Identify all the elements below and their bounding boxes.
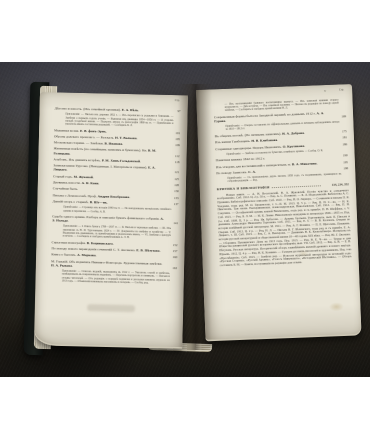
entry-tail: . <box>304 143 305 147</box>
entry-page-number: 112 <box>168 154 180 158</box>
entry-tail: . <box>107 200 108 204</box>
entry-title: Образы далекаго прошлаго. — Разсказъ. <box>54 134 115 139</box>
entry-tail: . <box>113 241 114 245</box>
entry-title: Серьезная монографія. <box>52 240 87 245</box>
entry-author: В. Шт—нъ <box>90 200 107 204</box>
entry-tail: . <box>106 129 107 133</box>
entry-page-number: 195 <box>336 160 348 165</box>
entry-title: Дневникъ юности. <box>53 180 82 185</box>
entry-title: Московская старина. — Замѣтки. <box>54 140 105 145</box>
dot-leader <box>272 184 321 189</box>
entry-page-number: 109 <box>168 143 180 147</box>
right-page-column-header: Стр. <box>339 88 344 91</box>
right-page: V Стр. — Изъ воспоминаній бывшаго воспит… <box>196 84 361 340</box>
entry-text: Записки князя Урусова. (Неизданныя. I. М… <box>53 164 167 175</box>
entry-page-number: 169 <box>334 114 346 119</box>
entry-tail: . <box>68 219 69 223</box>
entry-page-number: 125 <box>167 177 179 181</box>
bibliography-paragraph: Новыя книги. — А. Н. Веселовскій. В. А. … <box>217 189 352 268</box>
entry-page-number: 105 <box>168 137 180 141</box>
entry-title: Дѣтство и юность. (Изъ семейной хроники)… <box>55 106 122 112</box>
entry-author: П. А. Рыкова <box>51 263 72 267</box>
toc-annotation: Приложенія: — I. Опись бумагъ 1789—1837 … <box>63 225 171 240</box>
entry-tail: . <box>138 108 139 112</box>
entry-title: Современныя формы быта на Западной окраи… <box>214 111 317 119</box>
entry-title: Давній споръ о старинѣ. <box>52 199 89 204</box>
entry-page-number: 101 <box>168 130 180 134</box>
entry-tail: . <box>317 161 318 165</box>
entry-tail: . <box>98 181 99 185</box>
left-page-column-header: Стр. <box>175 99 180 102</box>
entry-page-number: 198 <box>336 166 348 171</box>
entry-title: Старый годъ. <box>53 174 74 178</box>
entry-tail: . <box>304 131 305 135</box>
entry-author: Р. М. Хинъ-Гольдовской <box>102 158 140 163</box>
entry-title: По поводу новаго переизданія сочиненій С… <box>51 246 136 252</box>
entry-author: Н. А. Доброва <box>282 131 304 136</box>
entry-title: Случайная быль. <box>53 187 78 192</box>
faint-embossed-stamp <box>87 304 135 312</box>
entry-author: М. Жуковой <box>74 175 93 179</box>
entry-tail: . <box>140 159 141 163</box>
entry-author: Андрея Безобразова <box>98 194 130 199</box>
entry-page-number: 130 <box>167 189 179 193</box>
entry-title: Альбомъ. Изъ давнихъ встрѣчъ. <box>53 157 101 162</box>
entry-author: В. А. Мякотина <box>292 161 317 166</box>
toc-annotation: Примѣчаніе: — Страница изъ исторіи 1840-… <box>63 206 171 215</box>
entry-page-number: 141 <box>166 221 178 225</box>
entry-page-number: 133 <box>167 196 179 200</box>
toc-annotation: Приложенія: — Списокъ изданій, вышедшихъ… <box>62 270 170 285</box>
entry-author: Н. Т. Волкова <box>115 136 137 140</box>
entry-page-number: 181 <box>335 135 347 140</box>
entry-tail: . <box>277 138 278 142</box>
entry-tail: . <box>129 195 130 199</box>
toc-entry: Записки князя Урусова. (Неизданныя. I. М… <box>53 164 179 175</box>
entry-page-number: 97 <box>169 109 181 113</box>
entry-tail: . <box>70 151 71 155</box>
toc-entry: М. Горькій. Объ изданіяхъ Нижняго-Новгор… <box>51 259 177 270</box>
entry-page-number: 186 <box>335 142 347 147</box>
entry-author: В. Боцяновскаго <box>87 241 113 246</box>
left-page: Стр. Дѣтство и юность. (Изъ семейной хро… <box>34 92 188 347</box>
entry-page-number: 137 <box>166 202 178 206</box>
entry-author: Н. В. Клибанова <box>251 138 277 143</box>
entry-text: Судьба одного архива. Разборъ и описаніе… <box>52 214 166 225</box>
entry-text: Жизненная повѣсть (по семейнымъ записямъ… <box>54 147 168 158</box>
entry-author: Е. А. Бѣль <box>122 108 139 112</box>
entry-tail: . <box>93 175 94 179</box>
entry-tail: . <box>122 142 123 146</box>
entry-title: Письма о Ломоносовѣ. Проф. <box>53 193 98 198</box>
entry-author: Е. В. фонъ-Эрнъ <box>80 128 106 133</box>
entry-title: По поводу Записокъ. <box>216 170 248 175</box>
entry-tail: . <box>160 249 161 253</box>
toc-entry: Жизненная повѣсть (по семейнымъ записямъ… <box>54 147 180 158</box>
entry-page-number: 157 <box>165 249 177 253</box>
section-page-numbers: 134, 234, 352 <box>323 182 349 187</box>
entry-title: Мышиная возня. <box>54 128 80 133</box>
entry-page-number: 121 <box>167 170 179 174</box>
entry-tail: . <box>137 136 138 140</box>
entry-page-number: 118 <box>167 160 179 164</box>
entry-tail: . <box>96 254 97 258</box>
entry-author: А. Маркова <box>77 253 96 257</box>
entry-page-number: 163 <box>165 266 177 270</box>
entry-page-number: 175 <box>335 129 347 134</box>
entry-title: Старинные однодворцы. Ѳедоръ Ивановичъ. <box>215 144 283 151</box>
entry-tail: . <box>72 263 73 267</box>
entry-author: С. А. <box>248 170 256 174</box>
toc-annotation: Приложенія: — Письма изъ деревни 1852 г.… <box>65 113 173 128</box>
entry-page-number: 128 <box>167 183 179 187</box>
photo-leather-background: Стр. Дѣтство и юность. (Изъ семейной хро… <box>0 62 370 377</box>
toc-entry: Судьба одного архива. Разборъ и описаніе… <box>52 214 178 225</box>
right-page-corner-number: V <box>324 89 326 93</box>
entry-page-number: 160 <box>165 255 177 259</box>
entry-page-number: 152 <box>166 243 178 247</box>
entry-tail: . <box>225 119 226 123</box>
entry-tail: . <box>67 168 68 172</box>
book-photo-listing: Стр. Дѣтство и юность. (Изъ семейной хро… <box>0 0 370 423</box>
entry-author: А. Ѳ. Кони <box>81 181 98 185</box>
entry-title: Изъ жизни Тамбовцевъ. <box>215 139 251 144</box>
toc-annotation: Примѣчаніе: — Съ приложеніемъ двухъ писе… <box>227 173 341 184</box>
entry-author: В. Иванова <box>104 142 122 146</box>
entry-title: Въ общемъ потокѣ. (По личнымъ записямъ). <box>215 132 282 139</box>
entry-title: Памятная книжка 1842 по 1912 г. <box>216 157 266 163</box>
entry-page-number: 190 <box>336 153 348 158</box>
entry-text: М. Горькій. Объ изданіяхъ Нижняго-Новгор… <box>51 259 165 270</box>
entry-author: О. Крутикова <box>283 143 305 148</box>
entry-title: Книга о быломъ. <box>51 253 77 258</box>
entry-author: Е. В. Пѣтухова <box>136 248 159 253</box>
right-page-contents: — Изъ воспоминаній бывшаго воспитанника … <box>213 97 354 331</box>
